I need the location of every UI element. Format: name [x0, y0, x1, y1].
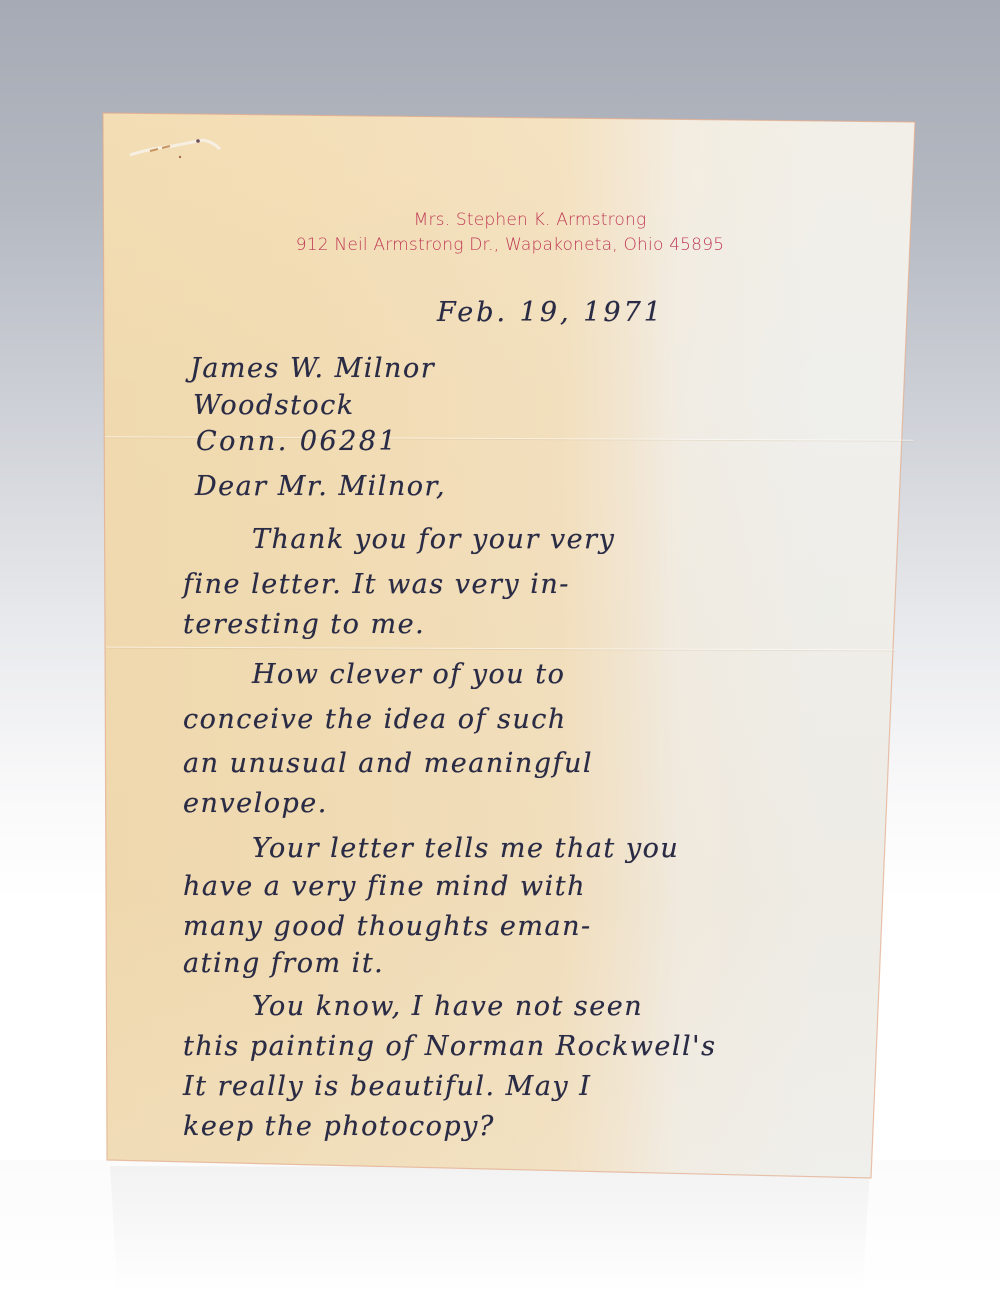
body-line: ating from it.	[183, 947, 384, 981]
body-line: Your letter tells me that you	[252, 832, 679, 866]
salutation: Dear Mr. Milnor,	[195, 470, 446, 504]
recipient-name: James W. Milnor	[190, 352, 435, 386]
body-line: keep the photocopy?	[183, 1110, 495, 1144]
recipient-city: Woodstock	[193, 389, 355, 423]
paper-tear-blemish	[128, 137, 223, 159]
body-line: You know, I have not seen	[252, 990, 643, 1024]
body-line: fine letter. It was very in-	[183, 568, 570, 602]
body-line: this painting of Norman Rockwell's	[183, 1030, 716, 1064]
recipient-state-zip: Conn. 06281	[196, 425, 398, 459]
body-line: Thank you for your very	[252, 523, 615, 557]
body-line: It really is beautiful. May I	[183, 1070, 591, 1104]
body-line: envelope.	[183, 787, 328, 821]
letterhead-address: 912 Neil Armstrong Dr., Wapakoneta, Ohio…	[250, 232, 770, 258]
body-line: have a very fine mind with	[183, 870, 586, 904]
letter-date: Feb. 19, 1971	[437, 296, 664, 330]
body-line: many good thoughts eman-	[183, 910, 592, 944]
body-line: teresting to me.	[183, 608, 425, 642]
body-line: conceive the idea of such	[183, 703, 567, 737]
body-line: an unusual and meaningful	[183, 747, 593, 781]
letterhead-name: Mrs. Stephen K. Armstrong	[290, 208, 770, 232]
letterhead: Mrs. Stephen K. Armstrong 912 Neil Armst…	[250, 208, 770, 258]
paper-reflection	[110, 1166, 870, 1293]
body-line: How clever of you to	[252, 658, 565, 692]
